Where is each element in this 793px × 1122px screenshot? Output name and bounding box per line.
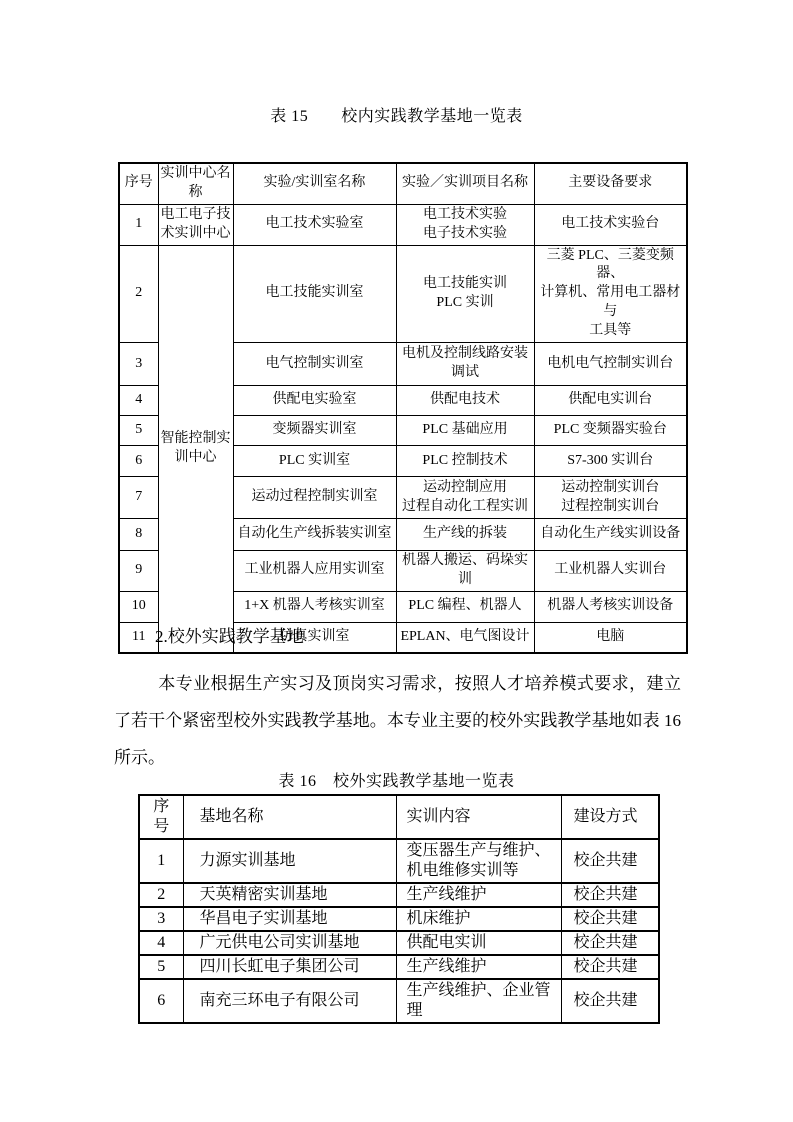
cell-equipment: S7-300 实训台 [534, 446, 687, 477]
cell-project-name: 供配电技术 [396, 386, 534, 416]
cell-no: 4 [119, 386, 158, 416]
section-heading: 2.校外实践教学基地 [155, 622, 304, 647]
cell-project-name: PLC 控制技术 [396, 446, 534, 477]
table16-row: 2天英精密实训基地生产线维护校企共建 [139, 883, 659, 907]
cell-room-name: PLC 实训室 [233, 446, 396, 477]
table15-header-4: 主要设备要求 [534, 163, 687, 204]
cell-room-name: 自动化生产线拆装实训室 [233, 519, 396, 551]
cell-training-content: 生产线维护 [396, 883, 561, 907]
cell-equipment: 电脑 [534, 622, 687, 653]
cell-room-name: 电气控制实训室 [233, 343, 396, 386]
cell-build-mode: 校企共建 [561, 907, 659, 931]
cell-base-name: 四川长虹电子集团公司 [183, 955, 396, 979]
table16-header-1: 基地名称 [183, 795, 396, 839]
cell-base-name: 广元供电公司实训基地 [183, 931, 396, 955]
cell-build-mode: 校企共建 [561, 883, 659, 907]
cell-equipment: 电机电气控制实训台 [534, 343, 687, 386]
cell-project-name: 生产线的拆装 [396, 519, 534, 551]
cell-project-name: PLC 编程、机器人 [396, 591, 534, 622]
campus-training-bases-table: 序号实训中心名称实验/实训室名称实验／实训项目名称主要设备要求1电工电子技术实训… [118, 162, 688, 654]
cell-build-mode: 校企共建 [561, 931, 659, 955]
cell-training-center: 电工电子技术实训中心 [158, 204, 233, 245]
cell-no: 1 [119, 204, 158, 245]
cell-room-name: 运动过程控制实训室 [233, 477, 396, 519]
table16-row: 5四川长虹电子集团公司生产线维护校企共建 [139, 955, 659, 979]
cell-no: 5 [119, 416, 158, 446]
table16-row: 3华昌电子实训基地机床维护校企共建 [139, 907, 659, 931]
table16-header-2: 实训内容 [396, 795, 561, 839]
cell-equipment: 电工技术实验台 [534, 204, 687, 245]
cell-no: 9 [119, 551, 158, 592]
cell-build-mode: 校企共建 [561, 839, 659, 883]
cell-no: 6 [119, 446, 158, 477]
cell-project-name: 运动控制应用 过程自动化工程实训 [396, 477, 534, 519]
cell-base-name: 南充三环电子有限公司 [183, 979, 396, 1023]
cell-training-center: 智能控制实训中心 [158, 245, 233, 653]
cell-room-name: 电工技术实验室 [233, 204, 396, 245]
offcampus-training-bases-table: 序 号基地名称实训内容建设方式1力源实训基地变压器生产与维护、 机电维修实训等校… [138, 794, 660, 1024]
cell-equipment: 运动控制实训台 过程控制实训台 [534, 477, 687, 519]
table15-header-3: 实验／实训项目名称 [396, 163, 534, 204]
cell-project-name: PLC 基础应用 [396, 416, 534, 446]
body-paragraph: 本专业根据生产实习及顶岗实习需求，按照人才培养模式要求，建立了若干个紧密型校外实… [114, 665, 681, 776]
table15-row: 1电工电子技术实训中心电工技术实验室电工技术实验 电子技术实验电工技术实验台 [119, 204, 687, 245]
cell-build-mode: 校企共建 [561, 955, 659, 979]
table16-row: 1力源实训基地变压器生产与维护、 机电维修实训等校企共建 [139, 839, 659, 883]
cell-no: 2 [139, 883, 183, 907]
cell-equipment: 自动化生产线实训设备 [534, 519, 687, 551]
cell-no: 7 [119, 477, 158, 519]
cell-training-content: 生产线维护 [396, 955, 561, 979]
cell-project-name: 电工技能实训 PLC 实训 [396, 245, 534, 342]
table15-header-1: 实训中心名称 [158, 163, 233, 204]
table16-caption: 表 16 校外实践教学基地一览表 [0, 768, 793, 791]
document-page: 表 15 校内实践教学基地一览表 序号实训中心名称实验/实训室名称实验／实训项目… [0, 0, 793, 1122]
cell-project-name: EPLAN、电气图设计 [396, 622, 534, 653]
table15-header-2: 实验/实训室名称 [233, 163, 396, 204]
table16-row: 6南充三环电子有限公司生产线维护、企业管 理校企共建 [139, 979, 659, 1023]
cell-room-name: 电工技能实训室 [233, 245, 396, 342]
cell-training-content: 生产线维护、企业管 理 [396, 979, 561, 1023]
cell-no: 10 [119, 591, 158, 622]
cell-training-content: 机床维护 [396, 907, 561, 931]
cell-no: 3 [119, 343, 158, 386]
table16-header-0: 序 号 [139, 795, 183, 839]
table15-caption: 表 15 校内实践教学基地一览表 [0, 103, 793, 126]
cell-build-mode: 校企共建 [561, 979, 659, 1023]
cell-equipment: PLC 变频器实验台 [534, 416, 687, 446]
cell-base-name: 力源实训基地 [183, 839, 396, 883]
cell-project-name: 机器人搬运、码垛实训 [396, 551, 534, 592]
table15-header-0: 序号 [119, 163, 158, 204]
table16-row: 4广元供电公司实训基地供配电实训校企共建 [139, 931, 659, 955]
cell-no: 5 [139, 955, 183, 979]
cell-equipment: 机器人考核实训设备 [534, 591, 687, 622]
cell-project-name: 电机及控制线路安装 调试 [396, 343, 534, 386]
cell-equipment: 供配电实训台 [534, 386, 687, 416]
cell-no: 1 [139, 839, 183, 883]
cell-no: 3 [139, 907, 183, 931]
cell-training-content: 供配电实训 [396, 931, 561, 955]
table16-header-row: 序 号基地名称实训内容建设方式 [139, 795, 659, 839]
cell-no: 4 [139, 931, 183, 955]
cell-base-name: 华昌电子实训基地 [183, 907, 396, 931]
cell-no: 8 [119, 519, 158, 551]
cell-room-name: 变频器实训室 [233, 416, 396, 446]
cell-training-content: 变压器生产与维护、 机电维修实训等 [396, 839, 561, 883]
cell-equipment: 三菱 PLC、三菱变频器、 计算机、常用电工器材与 工具等 [534, 245, 687, 342]
cell-base-name: 天英精密实训基地 [183, 883, 396, 907]
cell-no: 2 [119, 245, 158, 342]
cell-room-name: 供配电实验室 [233, 386, 396, 416]
cell-project-name: 电工技术实验 电子技术实验 [396, 204, 534, 245]
cell-no: 6 [139, 979, 183, 1023]
table16-header-3: 建设方式 [561, 795, 659, 839]
cell-room-name: 工业机器人应用实训室 [233, 551, 396, 592]
cell-room-name: 1+X 机器人考核实训室 [233, 591, 396, 622]
table15-row: 2智能控制实训中心电工技能实训室电工技能实训 PLC 实训三菱 PLC、三菱变频… [119, 245, 687, 342]
cell-equipment: 工业机器人实训台 [534, 551, 687, 592]
table15-header-row: 序号实训中心名称实验/实训室名称实验／实训项目名称主要设备要求 [119, 163, 687, 204]
cell-no: 11 [119, 622, 158, 653]
